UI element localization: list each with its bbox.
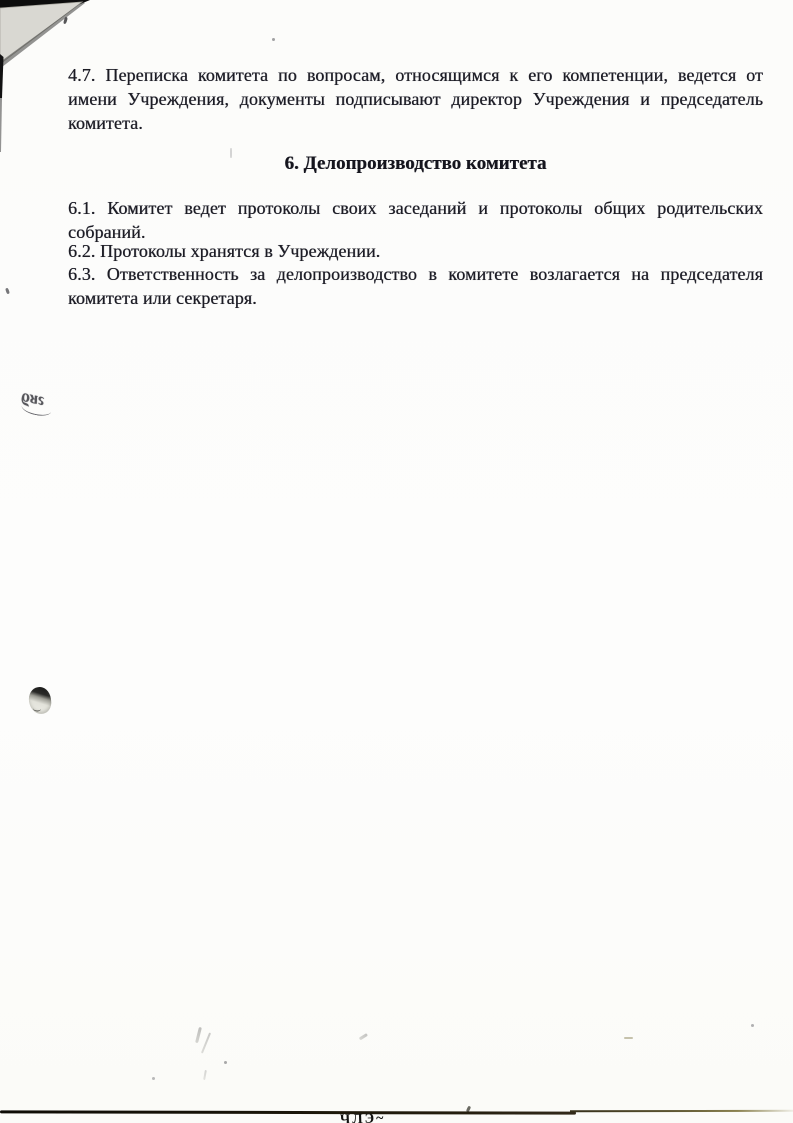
scanned-document-page: 4.7. Переписка комитета по вопросам, отн… [0,0,793,1123]
text-line: 6.3. Ответственность за делопроизводство… [68,262,763,286]
text-line: комитета или секретаря. [68,286,763,310]
text-line: имени Учреждения, документы подписывают … [68,87,763,111]
paragraph-6-2: 6.2. Протоколы хранятся в Учреждении. [68,239,763,263]
scan-speck [272,38,275,41]
bottom-scan-edge [570,1110,793,1113]
pencil-mark [203,1070,207,1080]
paragraph-4-7: 4.7. Переписка комитета по вопросам, отн… [68,63,763,135]
corner-edge-left-fade [0,98,2,152]
bottom-scan-edge [0,1110,576,1115]
bottom-edge-mark: ЧЛЭ~ [340,1111,386,1123]
pencil-mark [359,1033,368,1040]
text-line: 6.2. Протоколы хранятся в Учреждении. [68,239,763,263]
scan-speck [5,288,10,295]
scan-speck [152,1077,155,1080]
section-heading: 6. Делопроизводство комитета [68,152,763,176]
corner-edge-left [0,54,4,98]
text-line: 4.7. Переписка комитета по вопросам, отн… [68,63,763,87]
pencil-mark [195,1027,201,1043]
scan-speck [224,1061,227,1064]
ink-blob-artifact [27,686,53,716]
pencil-mark [624,1037,633,1039]
scan-speck [751,1024,754,1027]
text-line: комитета. [68,111,763,135]
pencil-mark [201,1032,211,1053]
text-line: 6.1. Комитет ведет протоколы своих засед… [68,196,763,220]
bleedthrough-mark: бяг [19,378,64,416]
scan-speck [230,148,232,158]
paragraph-6-1: 6.1. Комитет ведет протоколы своих засед… [68,196,763,244]
paragraph-6-3: 6.3. Ответственность за делопроизводство… [68,262,763,310]
